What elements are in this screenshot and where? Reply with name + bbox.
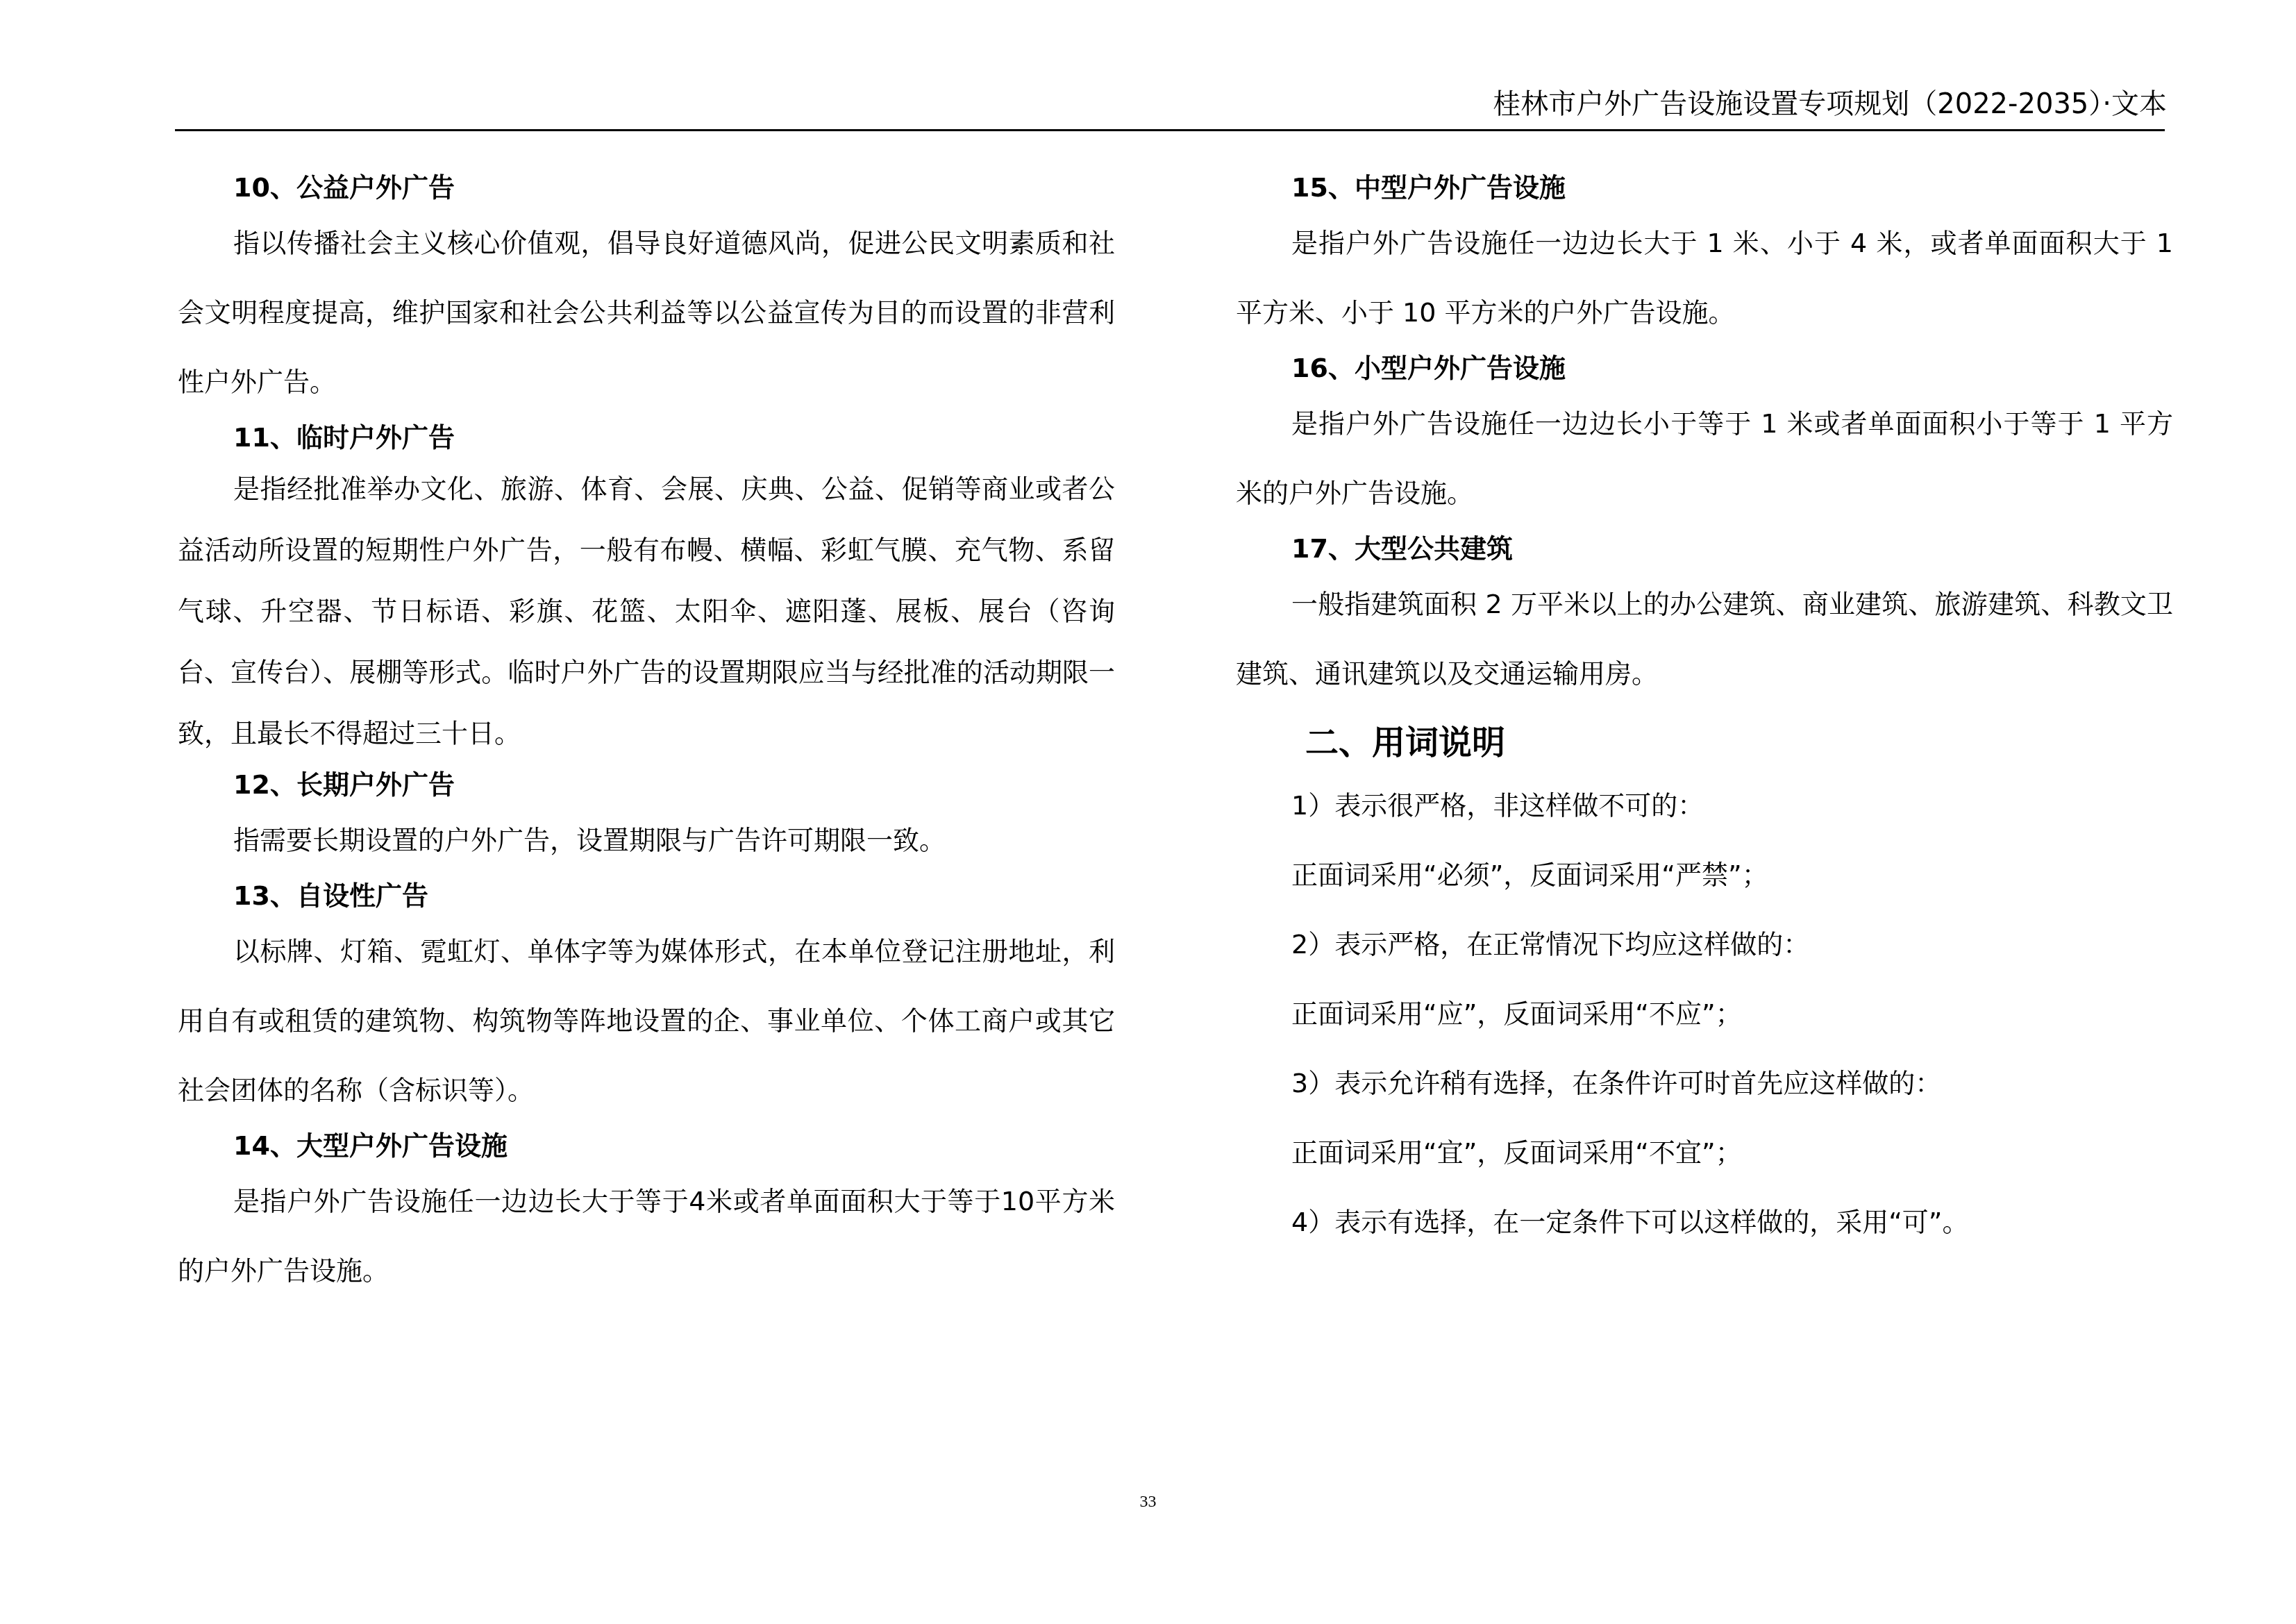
section-title-terminology: 二、用词说明 xyxy=(1236,715,2173,771)
definition-body-10: 指以传播社会主义核心价值观，倡导良好道德风尚，促进公民文明素质和社会文明程度提高… xyxy=(178,208,1115,417)
definition-heading-17: 17、大型公共建筑 xyxy=(1236,528,2173,569)
document-header-title: 桂林市户外广告设施设置专项规划（2022-2035）·文本 xyxy=(1493,83,2167,125)
definition-body-14: 是指户外广告设施任一边边长大于等于4米或者单面面积大于等于10平方米的户外广告设… xyxy=(178,1166,1115,1305)
definition-heading-10: 10、公益户外广告 xyxy=(178,167,1115,208)
definition-body-11: 是指经批准举办文化、旅游、体育、会展、庆典、公益、促销等商业或者公益活动所设置的… xyxy=(178,458,1115,764)
term-line-7: 4）表示有选择，在一定条件下可以这样做的，采用“可”。 xyxy=(1236,1187,2173,1257)
term-line-6: 正面词采用“宜”，反面词采用“不宜”； xyxy=(1236,1118,2173,1187)
term-line-2: 正面词采用“必须”，反面词采用“严禁”； xyxy=(1236,840,2173,910)
definition-body-16: 是指户外广告设施任一边边长小于等于 1 米或者单面面积小于等于 1 平方米的户外… xyxy=(1236,389,2173,528)
definition-heading-11: 11、临时户外广告 xyxy=(178,417,1115,458)
definition-body-12: 指需要长期设置的户外广告，设置期限与广告许可期限一致。 xyxy=(178,805,1115,875)
term-line-1: 1）表示很严格，非这样做不可的： xyxy=(1236,771,2173,840)
term-line-4: 正面词采用“应”，反面词采用“不应”； xyxy=(1236,979,2173,1048)
definition-heading-13: 13、自设性广告 xyxy=(178,875,1115,916)
definition-heading-12: 12、长期户外广告 xyxy=(178,764,1115,805)
right-column: 15、中型户外广告设施 是指户外广告设施任一边边长大于 1 米、小于 4 米，或… xyxy=(1236,167,2173,1257)
definition-body-13: 以标牌、灯箱、霓虹灯、单体字等为媒体形式，在本单位登记注册地址，利用自有或租赁的… xyxy=(178,916,1115,1125)
term-line-5: 3）表示允许稍有选择，在条件许可时首先应这样做的： xyxy=(1236,1048,2173,1118)
page-number: 33 xyxy=(0,1493,2296,1512)
left-column: 10、公益户外广告 指以传播社会主义核心价值观，倡导良好道德风尚，促进公民文明素… xyxy=(178,167,1115,1305)
definition-body-15: 是指户外广告设施任一边边长大于 1 米、小于 4 米，或者单面面积大于 1 平方… xyxy=(1236,208,2173,347)
definition-heading-15: 15、中型户外广告设施 xyxy=(1236,167,2173,208)
definition-heading-16: 16、小型户外广告设施 xyxy=(1236,347,2173,389)
term-line-3: 2）表示严格，在正常情况下均应这样做的： xyxy=(1236,910,2173,979)
definition-heading-14: 14、大型户外广告设施 xyxy=(178,1125,1115,1166)
header-divider xyxy=(175,129,2165,131)
definition-body-17: 一般指建筑面积 2 万平米以上的办公建筑、商业建筑、旅游建筑、科教文卫建筑、通讯… xyxy=(1236,569,2173,708)
